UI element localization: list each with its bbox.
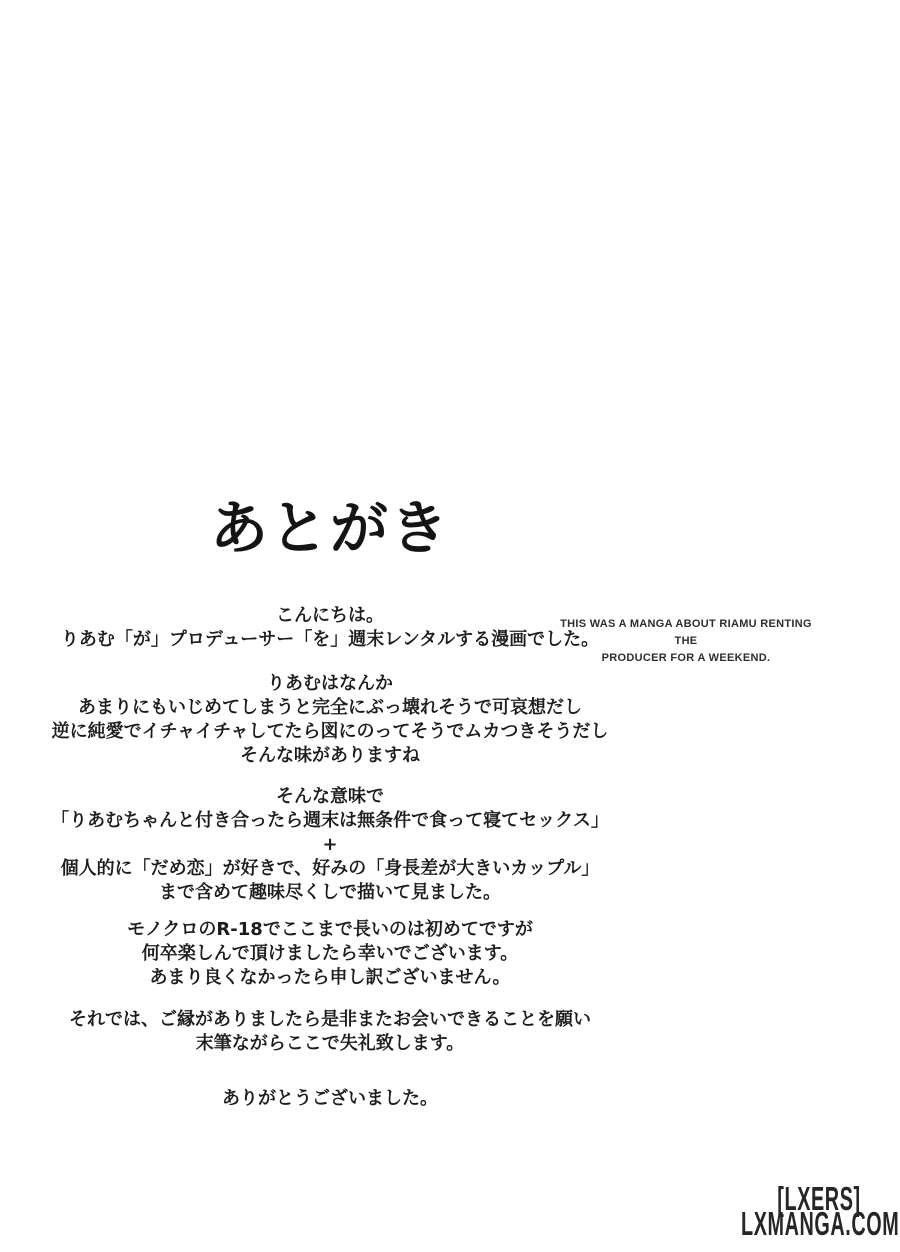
afterword-line: まで含めて趣味尽くしで描いて見ました。 xyxy=(0,881,660,905)
afterword-line: それでは、ご縁がありましたら是非またお会いできることを願い xyxy=(0,1008,660,1032)
afterword-line: あまりにもいじめてしまうと完全にぶっ壊れそうで可哀想だし xyxy=(0,696,660,720)
afterword-line: りあむはなんか xyxy=(0,672,660,696)
translator-note-line: PRODUCER FOR A WEEKEND. xyxy=(560,650,812,667)
afterword-page: あとがき こんにちは。 りあむ「が」プロデューサー「を」週末レンタルする漫画でし… xyxy=(0,0,900,1252)
afterword-plus-line: + xyxy=(0,833,660,857)
afterword-line: 何卒楽しんで頂けましたら幸いでございます。 xyxy=(0,942,660,966)
afterword-text-column: あとがき こんにちは。 りあむ「が」プロデューサー「を」週末レンタルする漫画でし… xyxy=(0,497,660,1111)
watermark-site-label: LXMANGA.COM xyxy=(741,1211,897,1236)
afterword-line: 「りあむちゃんと付き合ったら週末は無条件で食って寝てセックス」 xyxy=(0,809,660,833)
translator-note: THIS WAS A MANGA ABOUT RIAMU RENTING THE… xyxy=(560,616,812,667)
afterword-line: そんな味がありますね xyxy=(0,744,660,768)
afterword-line: 逆に純愛でイチャイチャしてたら図にのってそうでムカつきそうだし xyxy=(0,720,660,744)
afterword-paragraph-2: りあむはなんか あまりにもいじめてしまうと完全にぶっ壊れそうで可哀想だし 逆に純… xyxy=(0,672,660,768)
afterword-closing-line: ありがとうございました。 xyxy=(0,1087,660,1111)
afterword-paragraph-3: そんな意味で 「りあむちゃんと付き合ったら週末は無条件で食って寝てセックス」 +… xyxy=(0,785,660,905)
afterword-line: 末筆ながらここで失礼致します。 xyxy=(0,1032,660,1056)
afterword-line: あまり良くなかったら申し訳ございません。 xyxy=(0,966,660,990)
afterword-line: 個人的に「だめ恋」が好きで、好みの「身長差が大きいカップル」 xyxy=(0,857,660,881)
page-title: あとがき xyxy=(0,497,660,559)
afterword-line: そんな意味で xyxy=(0,785,660,809)
afterword-line: モノクロのR-18でここまで長いのは初めてですが xyxy=(0,918,660,942)
watermark: [LXERS] LXMANGA.COM xyxy=(741,1186,897,1236)
translator-note-line: THIS WAS A MANGA ABOUT RIAMU RENTING THE xyxy=(560,616,812,650)
afterword-paragraph-5: それでは、ご縁がありましたら是非またお会いできることを願い 末筆ながらここで失礼… xyxy=(0,1008,660,1056)
afterword-paragraph-6: ありがとうございました。 xyxy=(0,1087,660,1111)
afterword-paragraph-4: モノクロのR-18でここまで長いのは初めてですが 何卒楽しんで頂けましたら幸いで… xyxy=(0,918,660,990)
